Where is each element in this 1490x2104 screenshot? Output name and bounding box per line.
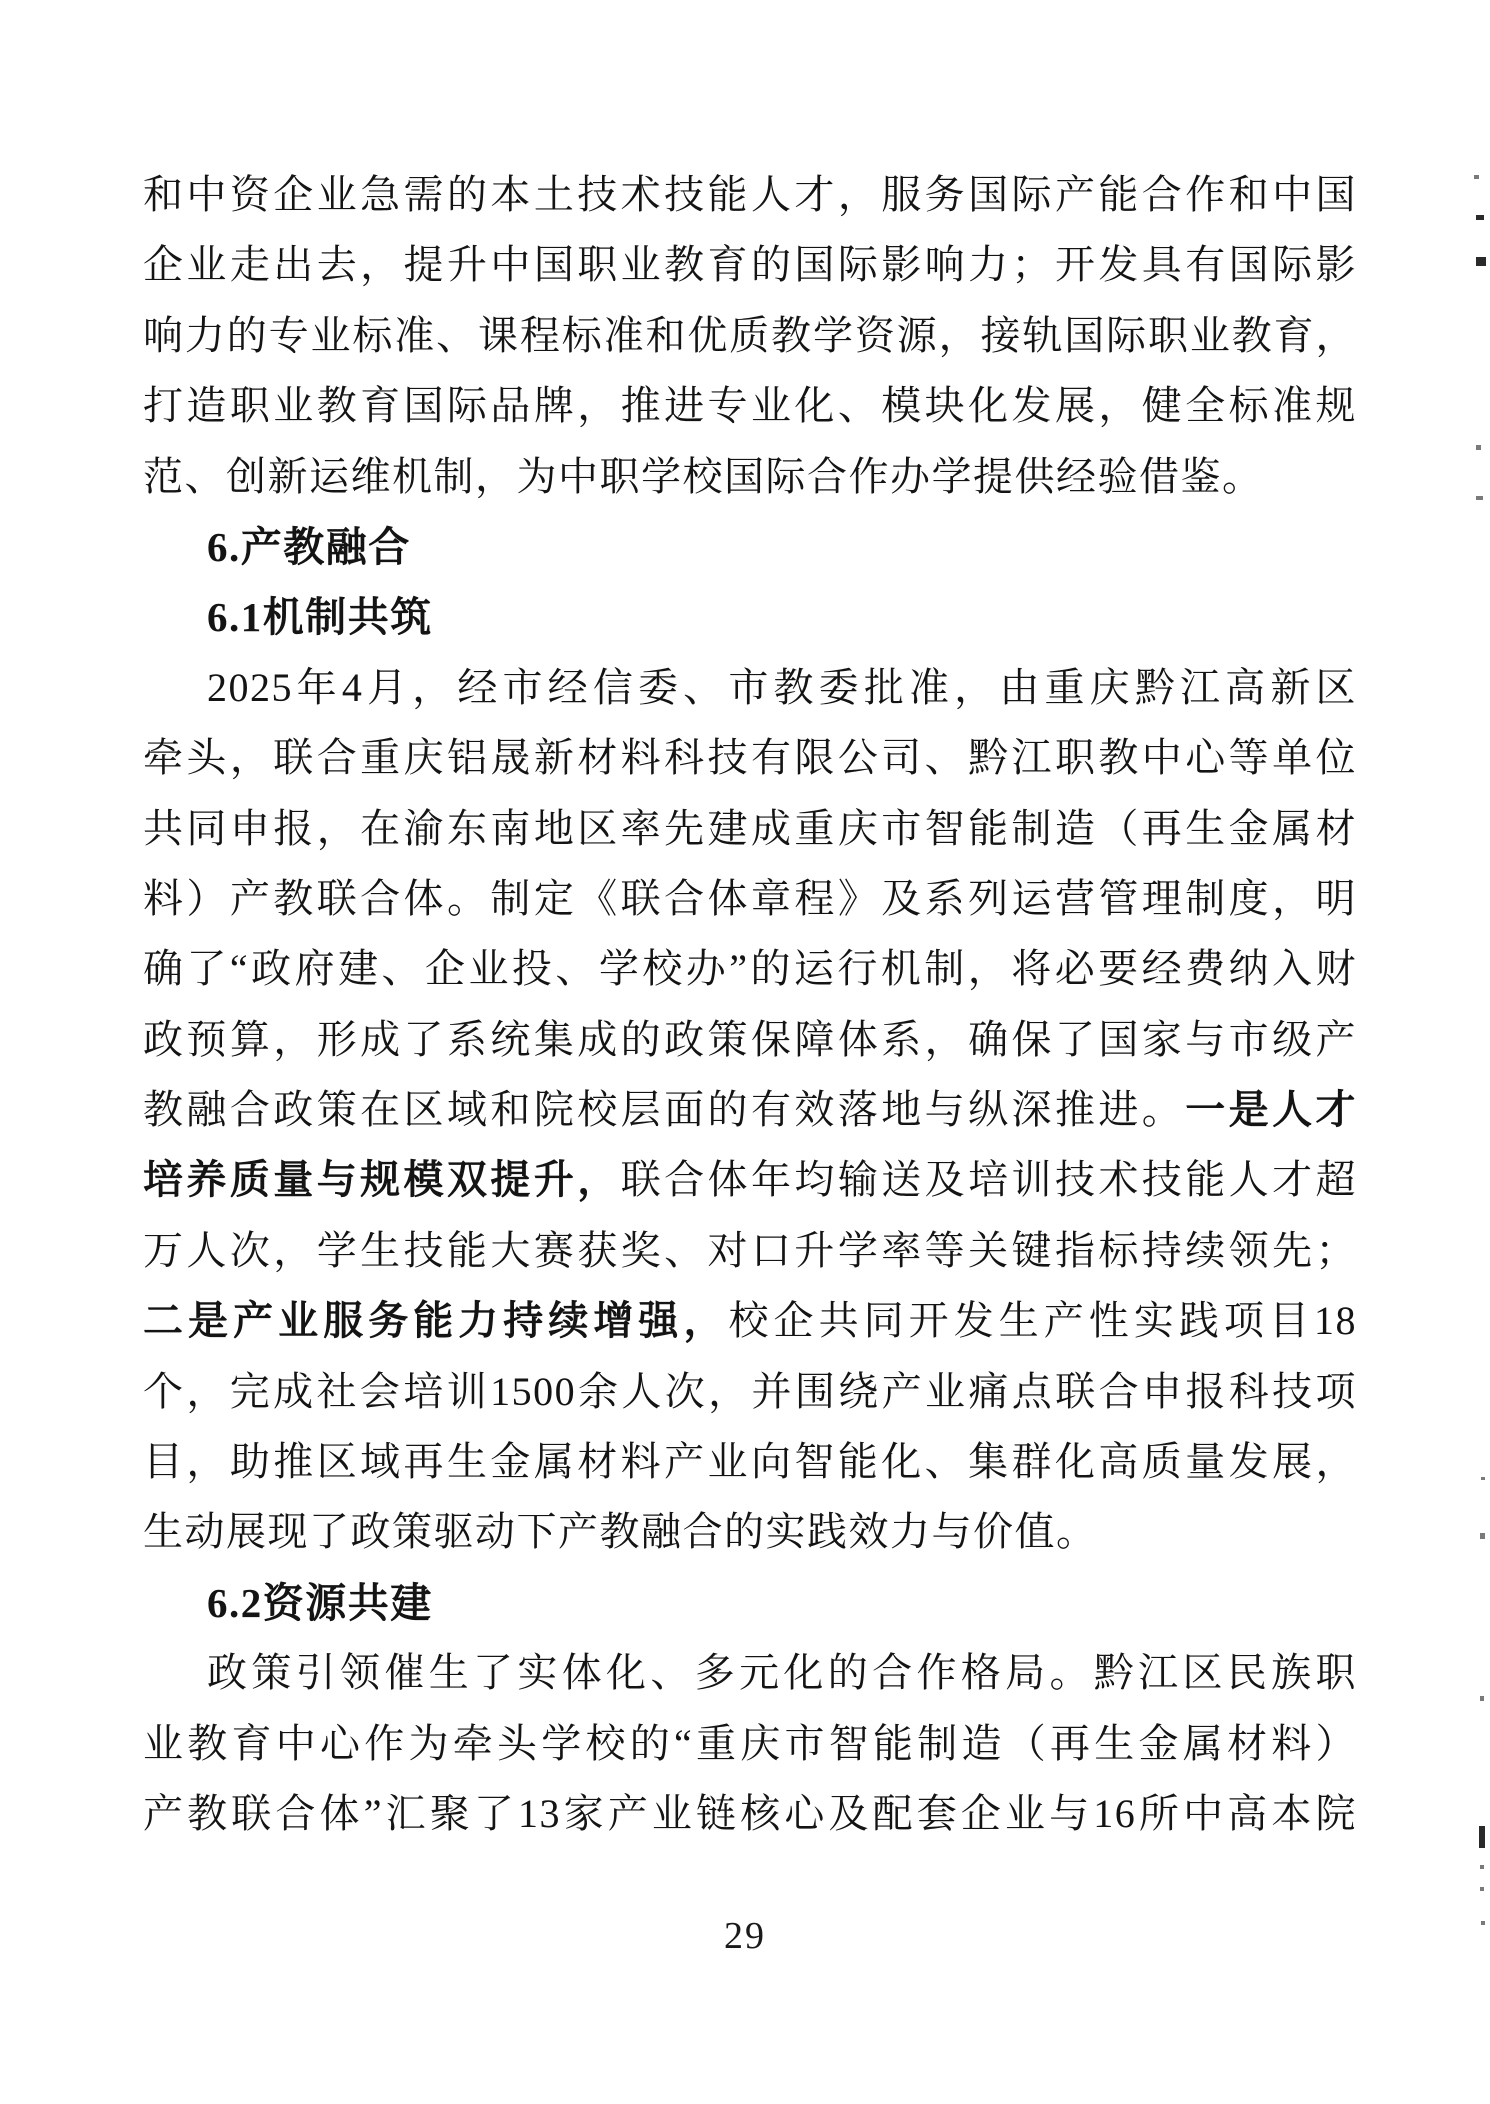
text-run: 打造职业教育国际品牌，推进专业化、模块化发展，健全标准规 (143, 383, 1357, 428)
text-run: 牵头，联合重庆铝晟新材料科技有限公司、黔江职教中心等单位 (143, 735, 1357, 780)
text-line: 确了“政府建、企业投、学校办”的运行机制，将必要经费纳入财 (143, 934, 1357, 1004)
document-page: 和中资企业急需的本土技术技能人才，服务国际产能合作和中国 企业走出去，提升中国职… (0, 0, 1490, 2104)
text-run: 产教联合体”汇聚了13家产业链核心及配套企业与16所中高本院 (143, 1791, 1357, 1836)
page-number: 29 (0, 1914, 1490, 1958)
text-run-bold: 二是产业服务能力持续增强， (143, 1298, 729, 1343)
text-line: 政预算，形成了系统集成的政策保障体系，确保了国家与市级产 (143, 1005, 1357, 1075)
text-run: 响力的专业标准、课程标准和优质教学资源，接轨国际职业教育， (143, 313, 1357, 358)
text-line: 万人次，学生技能大赛获奖、对口升学率等关键指标持续领先； (143, 1216, 1357, 1286)
text-run: 万人次，学生技能大赛获奖、对口升学率等关键指标持续领先； (143, 1228, 1357, 1273)
text-run: 6.2资源共建 (207, 1580, 433, 1626)
text-run: 共同申报，在渝东南地区率先建成重庆市智能制造（再生金属材 (143, 806, 1357, 851)
text-run: 确了“政府建、企业投、学校办”的运行机制，将必要经费纳入财 (143, 946, 1357, 991)
scan-artifact (1474, 175, 1479, 179)
text-run: 生动展现了政策驱动下产教融合的实践效力与价值。 (143, 1509, 1098, 1554)
section-heading: 6.1机制共筑 (143, 582, 1357, 652)
scan-artifact (1481, 1477, 1485, 1480)
text-line: 打造职业教育国际品牌，推进专业化、模块化发展，健全标准规 (143, 371, 1357, 441)
text-line: 目，助推区域再生金属材料产业向智能化、集群化高质量发展， (143, 1427, 1357, 1497)
scan-artifact (1476, 445, 1481, 450)
scan-artifact (1481, 1921, 1485, 1925)
text-run: 料）产教联合体。制定《联合体章程》及系列运营管理制度，明 (143, 876, 1357, 921)
text-run: 范、创新运维机制，为中职学校国际合作办学提供经验借鉴。 (143, 454, 1264, 499)
text-line: 二是产业服务能力持续增强，校企共同开发生产性实践项目18 (143, 1286, 1357, 1356)
text-line: 共同申报，在渝东南地区率先建成重庆市智能制造（再生金属材 (143, 794, 1357, 864)
text-run: 目，助推区域再生金属材料产业向智能化、集群化高质量发展， (143, 1439, 1357, 1484)
text-line: 产教联合体”汇聚了13家产业链核心及配套企业与16所中高本院 (143, 1779, 1357, 1849)
scan-artifact (1476, 496, 1483, 500)
text-line: 范、创新运维机制，为中职学校国际合作办学提供经验借鉴。 (143, 442, 1357, 512)
scan-artifact (1476, 215, 1484, 220)
text-line: 教融合政策在区域和院校层面的有效落地与纵深推进。一是人才 (143, 1075, 1357, 1145)
scan-artifact (1479, 1826, 1485, 1848)
section-heading: 6.产教融合 (143, 512, 1357, 582)
text-run: 校企共同开发生产性实践项目18 (729, 1298, 1358, 1343)
text-run-bold: 培养质量与规模双提升， (143, 1157, 621, 1202)
text-line: 牵头，联合重庆铝晟新材料科技有限公司、黔江职教中心等单位 (143, 723, 1357, 793)
text-run: 业教育中心作为牵头学校的“重庆市智能制造（再生金属材料） (143, 1721, 1357, 1766)
text-run: 6.产教融合 (207, 524, 411, 570)
scan-artifact (1480, 1533, 1485, 1539)
text-run: 联合体年均输送及培训技术技能人才超 (621, 1157, 1357, 1202)
text-run: 教融合政策在区域和院校层面的有效落地与纵深推进。 (143, 1087, 1185, 1132)
text-line: 料）产教联合体。制定《联合体章程》及系列运营管理制度，明 (143, 864, 1357, 934)
text-line: 响力的专业标准、课程标准和优质教学资源，接轨国际职业教育， (143, 301, 1357, 371)
section-heading: 6.2资源共建 (143, 1568, 1357, 1638)
scan-artifact (1480, 1865, 1484, 1869)
text-run-bold: 一是人才 (1185, 1087, 1357, 1132)
text-run: 政策引领催生了实体化、多元化的合作格局。黔江区民族职 (207, 1650, 1357, 1695)
text-line: 业教育中心作为牵头学校的“重庆市智能制造（再生金属材料） (143, 1709, 1357, 1779)
text-line: 个，完成社会培训1500余人次，并围绕产业痛点联合申报科技项 (143, 1357, 1357, 1427)
text-line: 2025年4月，经市经信委、市教委批准，由重庆黔江高新区 (143, 653, 1357, 723)
text-run: 企业走出去，提升中国职业教育的国际影响力；开发具有国际影 (143, 242, 1357, 287)
text-line: 企业走出去，提升中国职业教育的国际影响力；开发具有国际影 (143, 230, 1357, 300)
text-line: 政策引领催生了实体化、多元化的合作格局。黔江区民族职 (143, 1638, 1357, 1708)
text-line: 培养质量与规模双提升，联合体年均输送及培训技术技能人才超 (143, 1145, 1357, 1215)
text-line: 生动展现了政策驱动下产教融合的实践效力与价值。 (143, 1497, 1357, 1567)
text-run: 个，完成社会培训1500余人次，并围绕产业痛点联合申报科技项 (143, 1369, 1357, 1414)
text-block: 和中资企业急需的本土技术技能人才，服务国际产能合作和中国 企业走出去，提升中国职… (143, 160, 1357, 1849)
text-run: 政预算，形成了系统集成的政策保障体系，确保了国家与市级产 (143, 1017, 1357, 1062)
text-run: 2025年4月，经市经信委、市教委批准，由重庆黔江高新区 (207, 665, 1357, 710)
text-line: 和中资企业急需的本土技术技能人才，服务国际产能合作和中国 (143, 160, 1357, 230)
scan-artifact (1480, 1696, 1484, 1701)
text-run: 6.1机制共筑 (207, 594, 433, 640)
text-run: 和中资企业急需的本土技术技能人才，服务国际产能合作和中国 (143, 172, 1357, 217)
scan-artifact (1480, 1887, 1484, 1891)
scan-artifact (1476, 257, 1486, 266)
